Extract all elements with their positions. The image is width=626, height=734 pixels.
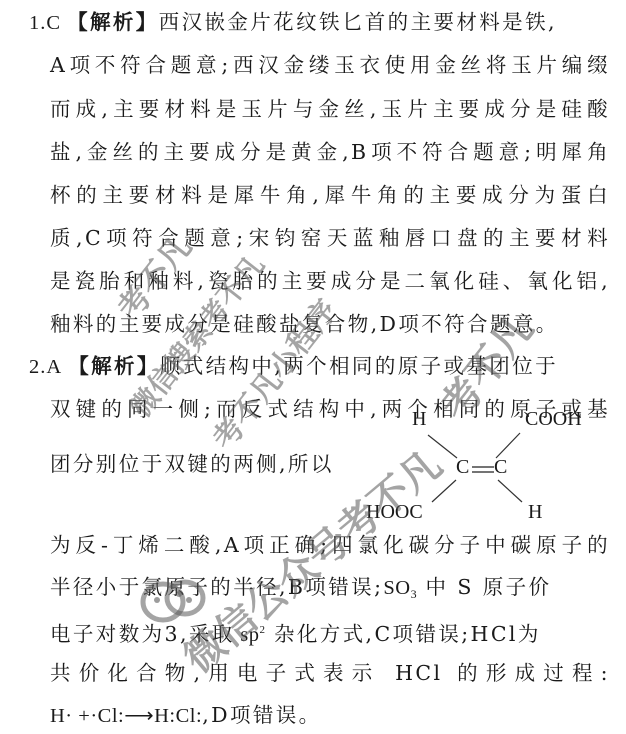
q2-text-4b: 中 S 原子价: [417, 575, 552, 599]
q2-text-6: 杂化方式,C项错误;HCl为: [274, 622, 541, 646]
trans-butenedioic-acid-structure: H COOH C C HOOC H: [360, 400, 620, 530]
q2-line-8-formula: H· +·Cl:⟶H:Cl:,D项错误。: [50, 701, 610, 730]
q1-line-6: 质,C项符合题意;宋钧窑天蓝釉唇口盘的主要材料: [50, 224, 610, 252]
q1-number: 1.C: [29, 12, 61, 34]
group-hooc-bottom-left: HOOC: [366, 501, 423, 524]
atom-h-top-left: H: [412, 408, 426, 431]
q1-text-0: 西汉嵌金片花纹铁匕首的主要材料是铁,: [159, 10, 557, 34]
q2-line-3: 团分别位于双键的两侧,所以: [50, 450, 350, 478]
wechat-logo-icon: [135, 570, 215, 640]
q2-line-5: 半径小于氯原子的半径,B项错误;SO3 中 S 原子价: [50, 573, 610, 608]
q2-text-4: 半径小于氯原子的半径,B项错误;: [50, 575, 383, 599]
q2-line-4: 为反-丁烯二酸,A项正确;四氯化碳分子中碳原子的: [50, 531, 610, 559]
q2-formula-tail: ,D项错误。: [202, 703, 321, 727]
q2-line-7: 共价化合物,用电子式表示 HCl 的形成过程:: [50, 659, 610, 687]
atom-c2: C: [494, 456, 507, 479]
q1-line-5: 杯的主要材料是犀牛角,犀牛角的主要成分为蛋白: [50, 181, 610, 209]
q1-line-2: A项不符合题意;西汉金缕玉衣使用金丝将玉片编缀: [50, 51, 610, 79]
q1-analysis-tag: 【解析】: [67, 10, 159, 34]
q2-text-0: 顺式结构中,两个相同的原子或基团位于: [160, 354, 558, 378]
group-cooh-top-right: COOH: [525, 408, 582, 431]
hcl-formation-formula: H· +·Cl:⟶H:Cl:: [50, 705, 202, 727]
so3-formula: SO3: [383, 577, 416, 599]
q2-number: 2.A: [29, 356, 62, 378]
q1-line-8: 釉料的主要成分是硅酸盐复合物,D项不符合题意。: [50, 310, 610, 338]
q1-line-7: 是瓷胎和釉料,瓷胎的主要成分是二氧化硅、氧化铝,: [50, 267, 610, 295]
atom-c1: C: [456, 456, 469, 479]
q1-line-4: 盐,金丝的主要成分是黄金,B项不符合题意;明犀角: [50, 138, 610, 166]
q2-line-6: 电子对数为3,采取 sp2 杂化方式,C项错误;HCl为: [50, 616, 610, 649]
q1-line-3: 而成,主要材料是玉片与金丝,玉片主要成分是硅酸: [50, 95, 610, 123]
q2-analysis-tag: 【解析】: [68, 354, 160, 378]
sp2-notation: sp2: [235, 624, 265, 646]
q1-line-1: 1.C【解析】西汉嵌金片花纹铁匕首的主要材料是铁,: [29, 8, 589, 37]
atom-h-bottom-right: H: [528, 501, 542, 524]
q2-line-1: 2.A【解析】顺式结构中,两个相同的原子或基团位于: [29, 352, 589, 381]
